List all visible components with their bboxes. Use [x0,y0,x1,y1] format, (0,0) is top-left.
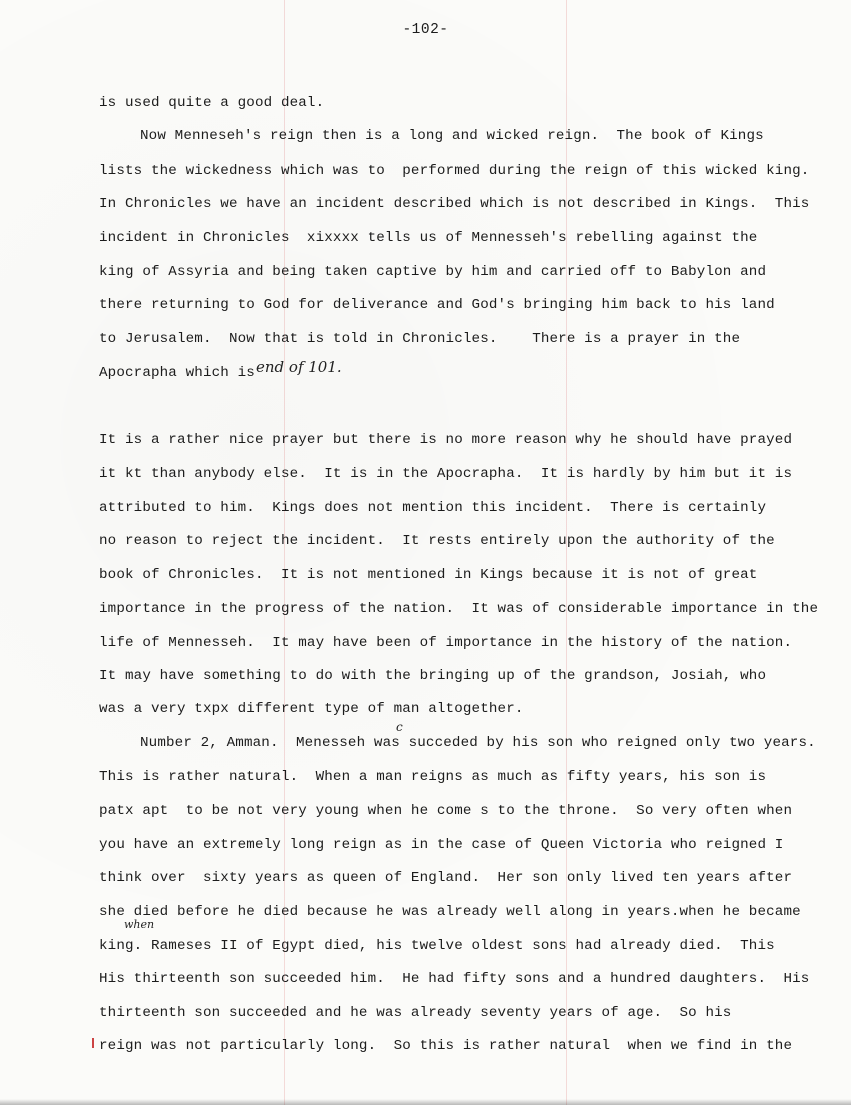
document-page: -102- is used quite a good deal. Now Men… [0,0,851,1105]
text-line: It may have something to do with the bri… [99,667,766,685]
text-line: In Chronicles we have an incident descri… [99,195,809,213]
text-line: to Jerusalem. Now that is told in Chroni… [99,330,740,348]
text-line: is used quite a good deal. [99,94,324,112]
page-number: -102- [0,22,851,38]
text-line: no reason to reject the incident. It res… [99,532,775,550]
text-line: king of Assyria and being taken captive … [99,263,766,281]
text-line: reign was not particularly long. So this… [99,1037,792,1055]
text-line: she died before he died because he was a… [99,903,801,921]
page-bottom-edge [0,1099,851,1105]
text-line: His thirteenth son succeeded him. He had… [99,970,809,988]
text-line: This is rather natural. When a man reign… [99,768,766,786]
text-line: importance in the progress of the nation… [99,600,818,618]
text-line: think over sixty years as queen of Engla… [99,869,792,887]
text-line: thirteenth son succeeded and he was alre… [99,1004,731,1022]
text-line: attributed to him. Kings does not mentio… [99,499,766,517]
handwritten-note-end-of-101: end of 101. [256,358,342,376]
text-line: it kt than anybody else. It is in the Ap… [99,465,792,483]
text-line: there returning to God for deliverance a… [99,296,775,314]
text-line: book of Chronicles. It is not mentioned … [99,566,757,584]
text-line: incident in Chronicles xixxxx tells us o… [99,229,757,247]
text-line: Apocrapha which is [99,364,255,382]
handwritten-insert-when: when [124,918,154,931]
text-line: life of Mennesseh. It may have been of i… [99,634,792,652]
margin-mark [92,1038,94,1048]
handwritten-correction-c: c [396,720,403,734]
text-line: lists the wickedness which was to perfor… [99,162,809,180]
text-line: king. Rameses II of Egypt died, his twel… [99,937,775,955]
text-line: It is a rather nice prayer but there is … [99,431,792,449]
text-line: was a very txpx different type of man al… [99,700,524,718]
text-line: Number 2, Amman. Menesseh was succeded b… [140,734,816,752]
text-line: you have an extremely long reign as in t… [99,836,783,854]
text-line: patx apt to be not very young when he co… [99,802,792,820]
text-line: Now Menneseh's reign then is a long and … [140,127,764,145]
